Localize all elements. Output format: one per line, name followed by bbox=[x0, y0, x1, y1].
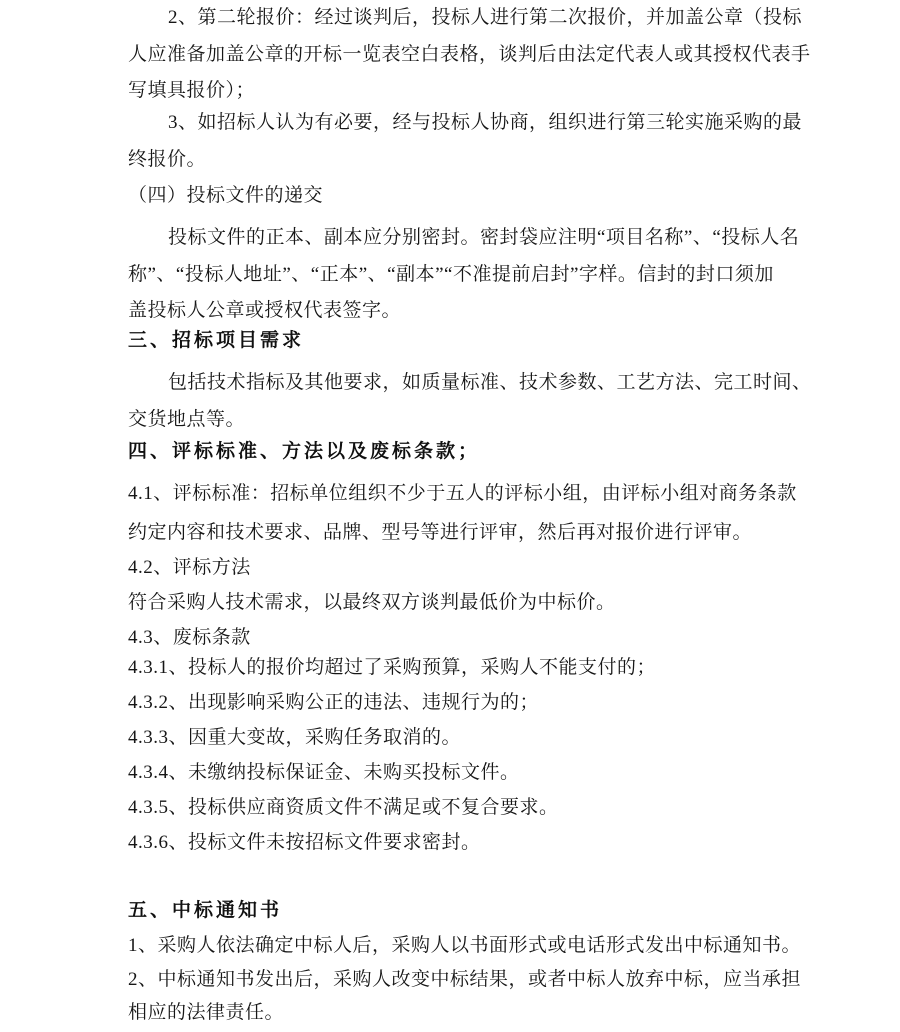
doc-line: 盖投标人公章或授权代表签字。 bbox=[128, 299, 401, 322]
heading-section-five: 五、中标通知书 bbox=[128, 899, 282, 922]
heading-section-four: 四、评标标准、方法以及废标条款； bbox=[128, 440, 480, 463]
doc-line: 4.2、评标方法 bbox=[128, 556, 251, 579]
doc-line: 符合采购人技术需求，以最终双方谈判最低价为中标价。 bbox=[128, 591, 616, 614]
doc-line: 3、如招标人认为有必要，经与投标人协商，组织进行第三轮实施采购的最 bbox=[168, 111, 802, 134]
document-page: 2、第二轮报价：经过谈判后，投标人进行第二次报价，并加盖公章（投标 人应准备加盖… bbox=[0, 0, 900, 1032]
doc-line: 交货地点等。 bbox=[128, 408, 245, 431]
doc-line: 4.3.2、出现影响采购公正的违法、违规行为的； bbox=[128, 691, 539, 714]
doc-line: 4.3.6、投标文件未按招标文件要求密封。 bbox=[128, 831, 481, 854]
doc-line: 4.3.1、投标人的报价均超过了采购预算，采购人不能支付的； bbox=[128, 656, 656, 679]
doc-line: 相应的法律责任。 bbox=[128, 1001, 284, 1024]
doc-line: 4.3.4、未缴纳投标保证金、未购买投标文件。 bbox=[128, 761, 520, 784]
doc-line: 2、第二轮报价：经过谈判后，投标人进行第二次报价，并加盖公章（投标 bbox=[168, 6, 802, 29]
doc-line: 1、采购人依法确定中标人后，采购人以书面形式或电话形式发出中标通知书。 bbox=[128, 934, 801, 957]
doc-line: 约定内容和技术要求、品牌、型号等进行评审，然后再对报价进行评审。 bbox=[128, 521, 752, 544]
doc-line: 投标文件的正本、副本应分别密封。密封袋应注明“项目名称”、“投标人名 bbox=[168, 226, 799, 249]
doc-line: 4.1、评标标准：招标单位组织不少于五人的评标小组，由评标小组对商务条款 bbox=[128, 482, 797, 505]
doc-line: 4.3.5、投标供应商资质文件不满足或不复合要求。 bbox=[128, 796, 559, 819]
doc-line: 包括技术指标及其他要求，如质量标准、技术参数、工艺方法、完工时间、 bbox=[168, 371, 812, 394]
doc-line: 2、中标通知书发出后，采购人改变中标结果，或者中标人放弃中标，应当承担 bbox=[128, 968, 801, 991]
doc-line: 4.3、废标条款 bbox=[128, 626, 251, 649]
doc-line: 4.3.3、因重大变故，采购任务取消的。 bbox=[128, 726, 461, 749]
doc-line: 写填具报价）； bbox=[128, 79, 255, 102]
subheading-item-four: （四）投标文件的递交 bbox=[128, 184, 323, 207]
doc-line: 称”、“投标人地址”、“正本”、“副本”“不准提前启封”字样。信封的封口须加 bbox=[128, 263, 774, 286]
doc-line: 人应准备加盖公章的开标一览表空白表格，谈判后由法定代表人或其授权代表手 bbox=[128, 43, 811, 66]
doc-line: 终报价。 bbox=[128, 148, 206, 171]
heading-section-three: 三、招标项目需求 bbox=[128, 329, 304, 352]
